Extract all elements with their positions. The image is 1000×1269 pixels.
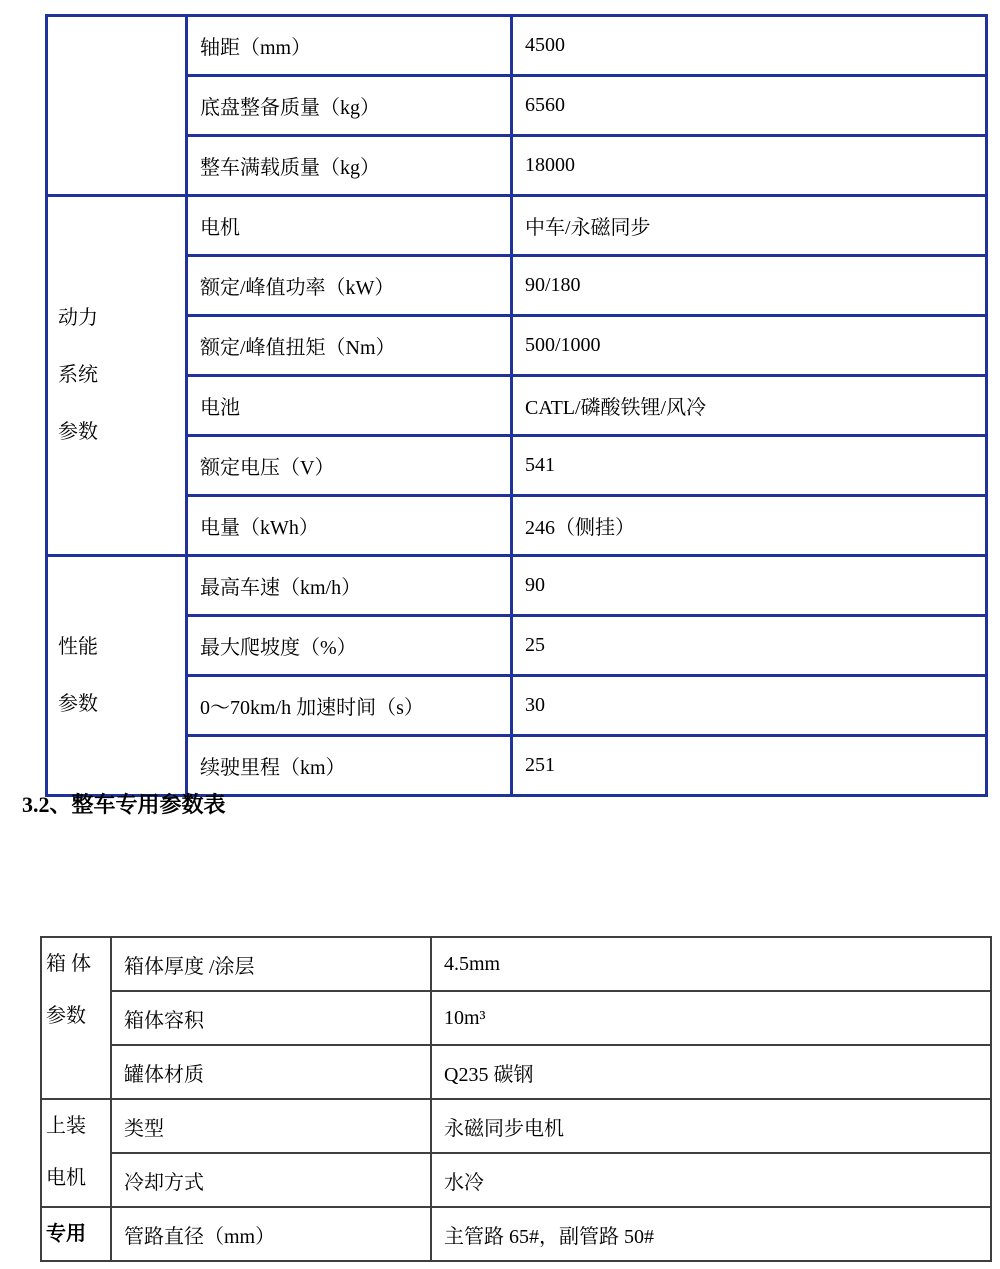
value-cell: 251 [512, 736, 987, 796]
table-row: 罐体材质 Q235 碳钢 [41, 1045, 991, 1099]
group-label-line: 上装 [46, 1100, 108, 1152]
value-cell: 主管路 65#，副管路 50# [431, 1207, 991, 1261]
section-heading: 3.2、整车专用参数表 [22, 788, 226, 819]
table-row: 上装 电机 类型 永磁同步电机 [41, 1099, 991, 1153]
table-row: 额定电压（V） 541 [47, 436, 987, 496]
value-cell: 10m³ [431, 991, 991, 1045]
value-cell: 541 [512, 436, 987, 496]
table-row: 底盘整备质量（kg） 6560 [47, 76, 987, 136]
table-row: 专用 管路直径（mm） 主管路 65#，副管路 50# [41, 1207, 991, 1261]
param-cell: 0～70km/h 加速时间（s） [187, 676, 512, 736]
param-cell: 罐体材质 [111, 1045, 431, 1099]
param-cell: 额定/峰值功率（kW） [187, 256, 512, 316]
param-cell: 额定/峰值扭矩（Nm） [187, 316, 512, 376]
table-row: 性能 参数 最高车速（km/h） 90 [47, 556, 987, 616]
special-spec-table: 箱 体 参数 箱体厚度 /涂层 4.5mm 箱体容积 10m³ 罐体材质 Q23… [40, 936, 992, 1262]
param-cell: 续驶里程（km） [187, 736, 512, 796]
param-cell: 底盘整备质量（kg） [187, 76, 512, 136]
param-cell: 最大爬坡度（%） [187, 616, 512, 676]
param-cell: 冷却方式 [111, 1153, 431, 1207]
group-label-line: 参数 [46, 990, 108, 1042]
value-cell: 30 [512, 676, 987, 736]
group-label-cell: 箱 体 参数 [41, 937, 111, 1099]
value-cell: 90 [512, 556, 987, 616]
group-label-line: 系统 [58, 347, 179, 404]
value-cell: CATL/磷酸铁锂/风冷 [512, 376, 987, 436]
table-row: 最大爬坡度（%） 25 [47, 616, 987, 676]
group-label-cell: 动力 系统 参数 [47, 196, 187, 556]
general-spec-table: 轴距（mm） 4500 底盘整备质量（kg） 6560 整车满载质量（kg） 1… [45, 14, 988, 797]
table-row: 箱 体 参数 箱体厚度 /涂层 4.5mm [41, 937, 991, 991]
value-cell: 500/1000 [512, 316, 987, 376]
param-cell: 电量（kWh） [187, 496, 512, 556]
group-label-line: 箱 体 [46, 938, 108, 990]
value-cell: 246（侧挂） [512, 496, 987, 556]
group-label-line: 参数 [58, 676, 179, 733]
value-cell: 中车/永磁同步 [512, 196, 987, 256]
value-cell: 18000 [512, 136, 987, 196]
param-cell: 管路直径（mm） [111, 1207, 431, 1261]
param-cell: 电池 [187, 376, 512, 436]
value-cell: 永磁同步电机 [431, 1099, 991, 1153]
table-row: 额定/峰值扭矩（Nm） 500/1000 [47, 316, 987, 376]
table-row: 整车满载质量（kg） 18000 [47, 136, 987, 196]
group-label-line: 专用 [46, 1208, 108, 1260]
group-label-line: 参数 [58, 404, 179, 461]
value-cell: 4.5mm [431, 937, 991, 991]
table-row: 电量（kWh） 246（侧挂） [47, 496, 987, 556]
group-label-line: 动力 [58, 290, 179, 347]
table-row: 轴距（mm） 4500 [47, 16, 987, 76]
param-cell: 箱体厚度 /涂层 [111, 937, 431, 991]
group-label-cell: 上装 电机 [41, 1099, 111, 1207]
table-row: 0～70km/h 加速时间（s） 30 [47, 676, 987, 736]
value-cell: 6560 [512, 76, 987, 136]
table-row: 冷却方式 水冷 [41, 1153, 991, 1207]
value-cell: 4500 [512, 16, 987, 76]
group-label-line: 电机 [46, 1152, 108, 1204]
param-cell: 箱体容积 [111, 991, 431, 1045]
table-row: 电池 CATL/磷酸铁锂/风冷 [47, 376, 987, 436]
value-cell: 25 [512, 616, 987, 676]
document-page: 轴距（mm） 4500 底盘整备质量（kg） 6560 整车满载质量（kg） 1… [0, 0, 1000, 1269]
group-label-line: 性能 [58, 619, 179, 676]
value-cell: 水冷 [431, 1153, 991, 1207]
value-cell: Q235 碳钢 [431, 1045, 991, 1099]
group-label-cell: 专用 [41, 1207, 111, 1261]
param-cell: 轴距（mm） [187, 16, 512, 76]
table-row: 动力 系统 参数 电机 中车/永磁同步 [47, 196, 987, 256]
value-cell: 90/180 [512, 256, 987, 316]
param-cell: 额定电压（V） [187, 436, 512, 496]
param-cell: 电机 [187, 196, 512, 256]
param-cell: 类型 [111, 1099, 431, 1153]
param-cell: 最高车速（km/h） [187, 556, 512, 616]
param-cell: 整车满载质量（kg） [187, 136, 512, 196]
group-label-cell: 性能 参数 [47, 556, 187, 796]
table-row: 箱体容积 10m³ [41, 991, 991, 1045]
group-label-cell [47, 16, 187, 196]
table-row: 续驶里程（km） 251 [47, 736, 987, 796]
table-row: 额定/峰值功率（kW） 90/180 [47, 256, 987, 316]
